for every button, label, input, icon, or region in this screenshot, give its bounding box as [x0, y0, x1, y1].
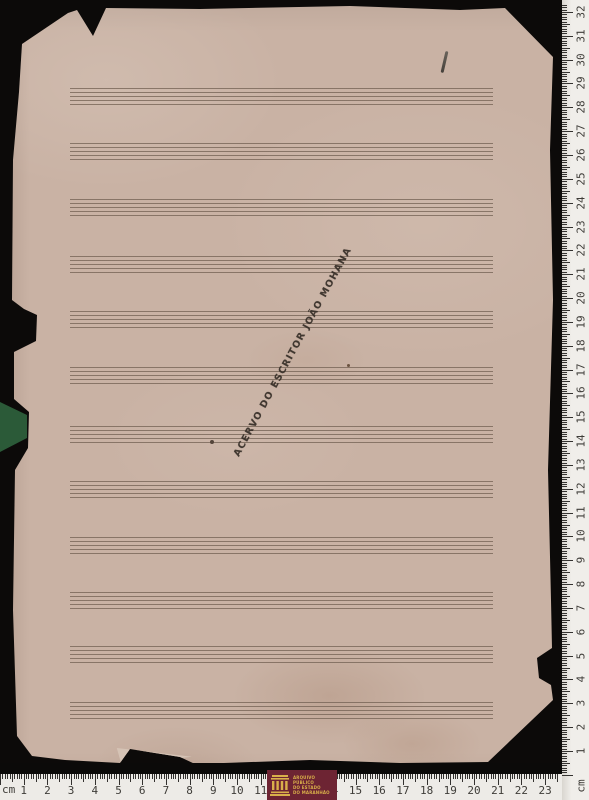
ruler-tick — [562, 100, 567, 101]
ruler-tick — [562, 224, 567, 225]
ruler-tick — [562, 60, 573, 61]
ruler-tick — [562, 443, 567, 444]
ruler-tick — [562, 360, 567, 361]
ruler-number: 5 — [115, 784, 122, 797]
ruler-number: 4 — [91, 784, 98, 797]
ruler-tick — [242, 774, 243, 779]
ruler-tick — [524, 774, 525, 779]
ruler-tick — [562, 410, 567, 411]
ruler-tick — [562, 110, 567, 111]
ruler-tick — [138, 774, 139, 779]
ruler-tick — [147, 774, 148, 779]
archive-logo-line: DO MARANHÃO — [293, 790, 330, 795]
ruler-tick — [562, 88, 567, 89]
ruler-tick — [441, 774, 442, 779]
staff-row — [70, 646, 493, 663]
manuscript-paper: ACERVO DO ESCRITOR JOÃO MOHANA — [0, 0, 589, 800]
ruler-tick — [562, 701, 567, 702]
ruler-number: 2 — [44, 784, 51, 797]
ruler-tick — [562, 694, 567, 695]
ruler-tick — [562, 441, 573, 442]
ruler-tick — [69, 774, 70, 779]
ruler-tick — [562, 386, 567, 387]
ruler-tick — [562, 341, 567, 342]
ruler-tick — [62, 774, 63, 779]
ruler-tick — [92, 774, 93, 779]
archive-logo: ARQUIVO PÚBLICO DO ESTADO DO MARANHÃO — [267, 770, 337, 800]
ruler-tick — [555, 774, 556, 779]
right-ruler: cm 1234567891011121314151617181920212223… — [562, 0, 589, 800]
ruler-tick — [154, 774, 155, 782]
ruler-tick — [216, 774, 217, 779]
ruler-tick — [491, 774, 492, 779]
ruler-tick — [562, 181, 567, 182]
ruler-tick — [396, 774, 397, 779]
ruler-tick — [192, 774, 193, 779]
ruler-tick — [562, 43, 567, 44]
ruler-tick — [562, 67, 567, 68]
ruler-tick — [562, 415, 567, 416]
ruler-tick — [405, 774, 406, 779]
ruler-tick — [562, 10, 567, 11]
ruler-tick — [21, 774, 22, 779]
ruler-tick — [562, 558, 567, 559]
ruler-tick — [562, 69, 567, 70]
ruler-tick — [431, 774, 432, 779]
ruler-tick — [533, 774, 534, 782]
ruler-tick — [562, 327, 567, 328]
ruler-tick — [562, 22, 567, 23]
ruler-tick — [562, 515, 567, 516]
ruler-tick — [562, 606, 567, 607]
ruler-tick — [562, 422, 567, 423]
ruler-tick — [10, 774, 11, 779]
staff-row — [70, 537, 493, 554]
ruler-tick — [562, 608, 573, 609]
ruler-tick — [228, 774, 229, 779]
ruler-tick — [36, 774, 37, 782]
ruler-tick — [557, 774, 558, 782]
ruler-tick — [107, 774, 108, 782]
ruler-tick — [562, 234, 567, 235]
ruler-tick — [401, 774, 402, 779]
ruler-tick — [562, 143, 570, 144]
ruler-tick — [562, 603, 567, 604]
ruler-tick — [202, 774, 203, 782]
ruler-tick — [562, 238, 570, 239]
ruler-number: 7 — [163, 784, 170, 797]
ruler-tick — [249, 774, 250, 782]
ruler-tick — [521, 774, 522, 785]
ruler-tick — [562, 644, 570, 645]
ruler-number: 18 — [420, 784, 433, 797]
ruler-tick — [562, 770, 567, 771]
ruler-tick — [562, 334, 570, 335]
ruler-tick — [562, 117, 567, 118]
ruler-tick — [481, 774, 482, 779]
pen-mark — [441, 51, 449, 73]
ruler-number: 31 — [575, 29, 588, 42]
ruler-tick — [562, 508, 567, 509]
ruler-tick — [223, 774, 224, 779]
ruler-tick — [59, 774, 60, 782]
ruler-number: 7 — [575, 605, 588, 612]
ruler-tick — [52, 774, 53, 779]
ruler-tick — [562, 331, 567, 332]
ruler-tick — [562, 150, 567, 151]
ruler-tick — [562, 482, 567, 483]
ruler-tick — [562, 52, 567, 53]
ruler-tick — [562, 57, 567, 58]
bottom-ruler-unit-label: cm — [2, 783, 15, 796]
ruler-tick — [386, 774, 387, 779]
staff-row — [70, 256, 493, 273]
ruler-tick — [562, 463, 567, 464]
ruler-tick — [12, 774, 13, 782]
ruler-tick — [562, 513, 573, 514]
ruler-tick — [562, 763, 570, 764]
ruler-tick — [171, 774, 172, 779]
ruler-tick — [562, 176, 567, 177]
ruler-tick — [562, 546, 567, 547]
ruler-tick — [562, 556, 567, 557]
ruler-tick — [495, 774, 496, 779]
ruler-tick — [562, 124, 567, 125]
ruler-tick — [562, 620, 570, 621]
ruler-tick — [562, 95, 570, 96]
ruler-tick — [31, 774, 32, 779]
ruler-tick — [562, 722, 567, 723]
ruler-tick — [562, 260, 567, 261]
ruler-tick — [562, 551, 567, 552]
ruler-number: 17 — [575, 363, 588, 376]
ruler-tick — [206, 774, 207, 779]
ruler-tick — [562, 467, 567, 468]
ink-speck — [347, 364, 350, 367]
ruler-tick — [235, 774, 236, 779]
ruler-tick — [562, 317, 567, 318]
ruler-tick — [562, 62, 567, 63]
ruler-tick — [562, 577, 567, 578]
ruler-tick — [133, 774, 134, 779]
ruler-number: 15 — [575, 411, 588, 424]
ruler-tick — [562, 384, 567, 385]
ruler-tick — [562, 434, 567, 435]
ruler-tick — [346, 774, 347, 779]
ruler-tick — [562, 596, 570, 597]
green-scrap — [0, 402, 27, 452]
ruler-tick — [24, 774, 25, 785]
ruler-tick — [498, 774, 499, 785]
ruler-tick — [64, 774, 65, 779]
ruler-tick — [375, 774, 376, 779]
ruler-tick — [562, 222, 567, 223]
ruler-tick — [562, 191, 570, 192]
ruler-number: 16 — [373, 784, 386, 797]
ruler-tick — [505, 774, 506, 779]
ruler-tick — [562, 265, 567, 266]
ruler-number: 20 — [575, 291, 588, 304]
ruler-tick — [545, 774, 546, 785]
ruler-tick — [562, 479, 567, 480]
ruler-tick — [244, 774, 245, 779]
ruler-tick — [562, 308, 567, 309]
ruler-tick — [562, 660, 567, 661]
staff-row — [70, 311, 493, 328]
ruler-tick — [562, 12, 573, 13]
ruler-tick — [178, 774, 179, 782]
ruler-tick — [562, 367, 567, 368]
ruler-tick — [562, 36, 573, 37]
ruler-tick — [7, 774, 8, 779]
ruler-tick — [562, 575, 567, 576]
ruler-number: 20 — [467, 784, 480, 797]
ruler-tick — [562, 91, 567, 92]
ruler-tick — [377, 774, 378, 779]
ruler-tick — [562, 320, 567, 321]
ruler-tick — [562, 629, 567, 630]
ruler-tick — [562, 269, 567, 270]
ruler-tick — [562, 131, 573, 132]
ruler-number: 21 — [491, 784, 504, 797]
ruler-tick — [562, 529, 567, 530]
ruler-tick — [562, 744, 567, 745]
ruler-tick — [562, 615, 567, 616]
ruler-tick — [510, 774, 511, 782]
ruler-tick — [562, 343, 567, 344]
ruler-tick — [562, 296, 567, 297]
ruler-tick — [562, 157, 567, 158]
ruler-tick — [218, 774, 219, 779]
ruler-tick — [436, 774, 437, 779]
ruler-tick — [367, 774, 368, 782]
ruler-tick — [211, 774, 212, 779]
ruler-tick — [562, 420, 567, 421]
ruler-number: 10 — [575, 530, 588, 543]
ruler-tick — [562, 48, 570, 49]
ruler-tick — [562, 656, 573, 657]
ruler-tick — [389, 774, 390, 779]
ruler-tick — [562, 377, 567, 378]
ruler-tick — [526, 774, 527, 779]
ruler-tick — [562, 637, 567, 638]
ruler-tick — [562, 446, 567, 447]
ruler-tick — [562, 207, 567, 208]
ruler-tick — [562, 749, 567, 750]
ruler-tick — [562, 29, 567, 30]
ruler-tick — [562, 372, 567, 373]
ruler-tick — [562, 329, 567, 330]
ruler-tick — [126, 774, 127, 779]
ruler-number: 27 — [575, 124, 588, 137]
ruler-tick — [548, 774, 549, 779]
ruler-tick — [187, 774, 188, 779]
ruler-tick — [474, 774, 475, 785]
ruler-tick — [562, 732, 567, 733]
ruler-tick — [562, 548, 570, 549]
ruler-tick — [562, 219, 567, 220]
ruler-tick — [420, 774, 421, 779]
ruler-number: 13 — [575, 458, 588, 471]
ruler-tick — [230, 774, 231, 779]
ruler-tick — [562, 639, 567, 640]
ruler-tick — [552, 774, 553, 779]
ruler-number: 32 — [575, 5, 588, 18]
ruler-tick — [469, 774, 470, 779]
ruler-tick — [562, 215, 570, 216]
ruler-tick — [562, 391, 567, 392]
ruler-tick — [185, 774, 186, 779]
ruler-tick — [38, 774, 39, 779]
ruler-tick — [382, 774, 383, 779]
ruler-tick — [562, 153, 567, 154]
ruler-tick — [562, 107, 573, 108]
ruler-number: 26 — [575, 148, 588, 161]
ruler-tick — [517, 774, 518, 779]
ruler-tick — [562, 536, 573, 537]
ruler-tick — [562, 277, 567, 278]
ruler-tick — [562, 200, 567, 201]
ruler-tick — [119, 774, 120, 785]
ruler-tick — [562, 451, 567, 452]
ruler-tick — [562, 753, 567, 754]
ruler-tick — [384, 774, 385, 779]
ruler-tick — [339, 774, 340, 779]
ruler-tick — [562, 165, 567, 166]
ruler-tick — [562, 601, 567, 602]
ruler-tick — [562, 408, 567, 409]
ruler-tick — [562, 718, 567, 719]
ruler-tick — [562, 648, 567, 649]
ruler-tick — [562, 730, 567, 731]
ruler-tick — [450, 774, 451, 785]
ruler-tick — [410, 774, 411, 779]
ruler-tick — [562, 7, 567, 8]
ruler-tick — [562, 641, 567, 642]
ruler-tick — [562, 134, 567, 135]
ruler-tick — [562, 472, 567, 473]
ruler-tick — [562, 477, 570, 478]
ruler-tick — [562, 710, 567, 711]
ruler-tick — [562, 162, 567, 163]
ruler-tick — [40, 774, 41, 779]
ruler-tick — [562, 112, 567, 113]
ruler-number: 12 — [575, 482, 588, 495]
ruler-tick — [261, 774, 262, 785]
ruler-tick — [88, 774, 89, 779]
ruler-tick — [562, 632, 573, 633]
ruler-tick — [562, 281, 567, 282]
ruler-tick — [562, 155, 573, 156]
ruler-tick — [17, 774, 18, 779]
ruler-tick — [562, 682, 567, 683]
ruler-tick — [33, 774, 34, 779]
ruler-tick — [562, 474, 567, 475]
ruler-number: 25 — [575, 172, 588, 185]
ruler-tick — [429, 774, 430, 779]
ruler-tick — [562, 289, 567, 290]
ruler-tick — [562, 567, 567, 568]
ruler-tick — [562, 310, 570, 311]
ruler-tick — [562, 348, 567, 349]
ruler-tick — [562, 79, 567, 80]
ruler-tick — [562, 687, 567, 688]
ruler-tick — [562, 627, 567, 628]
staff-row — [70, 199, 493, 216]
ruler-tick — [562, 668, 570, 669]
ruler-tick — [562, 81, 567, 82]
ruler-tick — [562, 520, 567, 521]
ruler-tick — [562, 768, 567, 769]
ruler-tick — [344, 774, 345, 782]
ruler-tick — [562, 739, 570, 740]
ruler-tick — [562, 417, 573, 418]
ruler-tick — [562, 236, 567, 237]
ruler-tick — [104, 774, 105, 779]
ruler-number: 22 — [575, 244, 588, 257]
ruler-tick — [562, 305, 567, 306]
ruler-tick — [562, 412, 567, 413]
ruler-tick — [562, 241, 567, 242]
ruler-tick — [128, 774, 129, 779]
ruler-tick — [562, 389, 567, 390]
ruler-tick — [562, 432, 567, 433]
ruler-tick — [562, 74, 567, 75]
ruler-tick — [183, 774, 184, 779]
ruler-number: 9 — [210, 784, 217, 797]
ruler-tick — [562, 653, 567, 654]
ruler-tick — [57, 774, 58, 779]
ruler-tick — [457, 774, 458, 779]
ruler-tick — [562, 751, 573, 752]
ruler-tick — [199, 774, 200, 779]
ruler-number: 2 — [575, 724, 588, 731]
ruler-tick — [562, 703, 573, 704]
ruler-tick — [562, 405, 570, 406]
ruler-tick — [562, 579, 567, 580]
ruler-tick — [562, 741, 567, 742]
ruler-number: 23 — [538, 784, 551, 797]
ruler-tick — [453, 774, 454, 779]
ruler-tick — [562, 362, 567, 363]
ruler-tick — [562, 272, 567, 273]
ruler-tick — [45, 774, 46, 779]
ruler-tick — [562, 772, 567, 773]
ruler-tick — [562, 553, 567, 554]
ruler-tick — [562, 622, 567, 623]
ruler-tick — [232, 774, 233, 779]
ruler-tick — [562, 83, 573, 84]
ruler-tick — [460, 774, 461, 779]
ruler-tick — [81, 774, 82, 779]
ruler-tick — [562, 684, 567, 685]
ruler-tick — [443, 774, 444, 779]
ruler-tick — [365, 774, 366, 779]
ruler-tick — [562, 591, 567, 592]
ruler-tick — [197, 774, 198, 779]
ruler-tick — [562, 50, 567, 51]
ruler-tick — [140, 774, 141, 779]
ruler-tick — [562, 291, 567, 292]
ruler-tick — [220, 774, 221, 779]
ruler-tick — [562, 267, 567, 268]
ruler-tick — [562, 541, 567, 542]
ruler-tick — [562, 393, 573, 394]
ruler-tick — [479, 774, 480, 779]
ruler-tick — [83, 774, 84, 782]
ruler-tick — [50, 774, 51, 779]
staff-row — [70, 702, 493, 719]
